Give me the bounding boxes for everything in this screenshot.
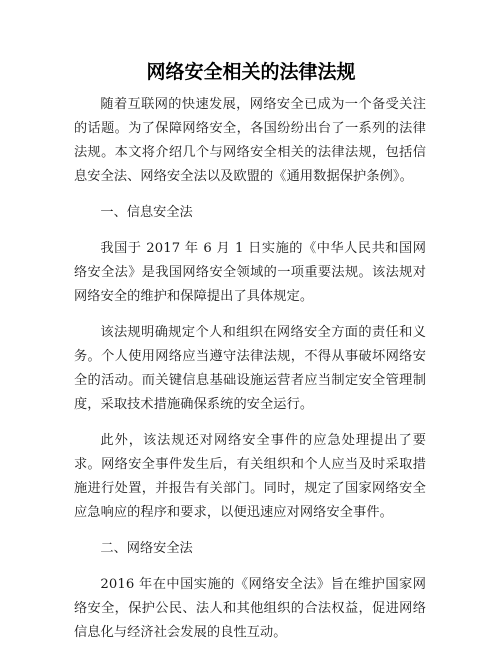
paragraph: 此外，该法规还对网络安全事件的应急处理提出了要求。网络安全事件发生后，有关组织和… (74, 429, 426, 525)
section-heading-info-security-law: 一、信息安全法 (74, 201, 426, 225)
paragraph: 2016 年在中国实施的《网络安全法》旨在维护国家网络安全，保护公民、法人和其他… (74, 573, 426, 645)
document-page: 网络安全相关的法律法规 随着互联网的快速发展，网络安全已成为一个备受关注的话题。… (0, 0, 502, 649)
section-heading-cybersecurity-law: 二、网络安全法 (74, 537, 426, 561)
paragraph: 该法规明确规定个人和组织在网络安全方面的责任和义务。个人使用网络应当遵守法律法规… (74, 321, 426, 417)
intro-paragraph: 随着互联网的快速发展，网络安全已成为一个备受关注的话题。为了保障网络安全，各国纷… (74, 93, 426, 189)
document-title: 网络安全相关的法律法规 (0, 60, 502, 84)
document-body: 随着互联网的快速发展，网络安全已成为一个备受关注的话题。为了保障网络安全，各国纷… (74, 93, 426, 649)
paragraph: 我国于 2017 年 6 月 1 日实施的《中华人民共和国网络安全法》是我国网络… (74, 237, 426, 309)
